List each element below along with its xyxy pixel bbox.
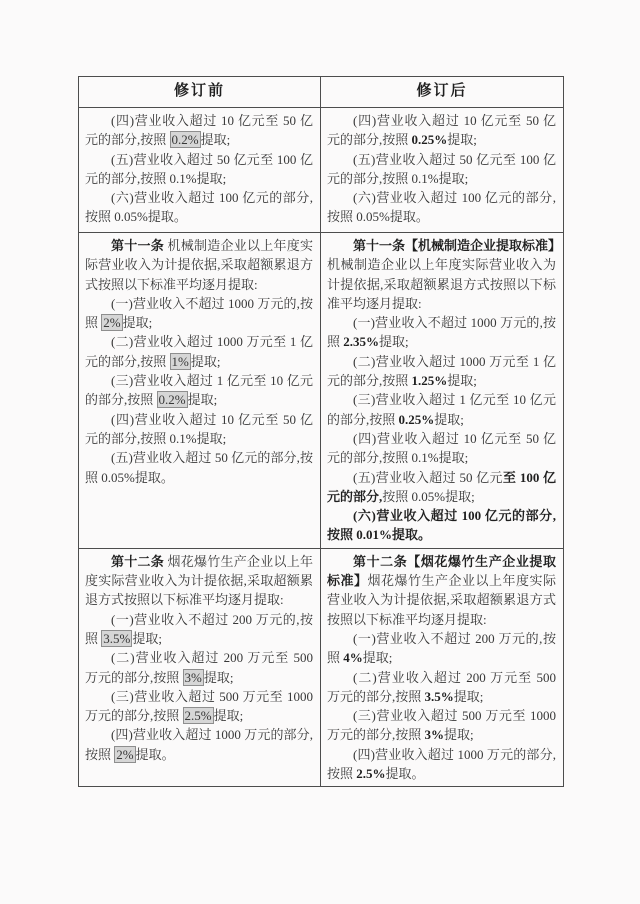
revised-bold-text: (六)营业收入超过 100 亿元的部分,按照 0.01%提取。 <box>327 508 556 542</box>
cell-after: (四)营业收入超过 10 亿元至 50 亿元的部分,按照 0.25%提取;(五)… <box>321 108 564 233</box>
text-run: 提取; <box>214 708 244 723</box>
paragraph: (一)营业收入不超过 1000 万元的,按照 2.35%提取; <box>327 313 556 352</box>
paragraph: 第十二条【烟花爆竹生产企业提取标准】烟花爆竹生产企业以上年度实际营业收入为计提依… <box>327 552 556 629</box>
revision-comparison-table: 修订前 修订后 (四)营业收入超过 10 亿元至 50 亿元的部分,按照 0.2… <box>78 76 564 787</box>
highlighted-value: 2% <box>101 314 122 331</box>
paragraph: 第十一条 机械制造企业以上年度实际营业收入为计提依据,采取超额累退方式按照以下标… <box>85 236 313 294</box>
comparison-table-body: (四)营业收入超过 10 亿元至 50 亿元的部分,按照 0.2%提取;(五)营… <box>79 108 564 787</box>
paragraph: 第十一条【机械制造企业提取标准】机械制造企业以上年度实际营业收入为计提依据,采取… <box>327 236 556 313</box>
paragraph: (四)营业收入超过 10 亿元至 50 亿元的部分,按照 0.1%提取; <box>327 429 556 468</box>
paragraph: (四)营业收入超过 10 亿元至 50 亿元的部分,按照 0.1%提取; <box>85 410 313 449</box>
text-run: 提取。 <box>386 766 425 781</box>
highlighted-value: 2.5% <box>183 707 214 724</box>
text-run: 提取; <box>379 334 409 349</box>
paragraph: (三)营业收入超过 1 亿元至 10 亿元的部分,按照 0.2%提取; <box>85 371 313 410</box>
highlighted-value: 2% <box>114 746 135 763</box>
text-run: 提取; <box>363 650 393 665</box>
cell-before: (四)营业收入超过 10 亿元至 50 亿元的部分,按照 0.2%提取;(五)营… <box>79 108 321 233</box>
revised-bold-text: 3% <box>425 727 445 742</box>
text-run: 提取; <box>447 373 477 388</box>
text-run: (五)营业收入超过 50 亿元至 100 亿元的部分,按照 0.1%提取; <box>85 152 313 186</box>
revised-bold-text: 1.25% <box>412 373 448 388</box>
cell-before: 第十一条 机械制造企业以上年度实际营业收入为计提依据,采取超额累退方式按照以下标… <box>79 233 321 549</box>
paragraph: (五)营业收入超过 50 亿元至 100 亿元的部分,按照 0.05%提取; <box>327 468 556 507</box>
table-header: 修订前 修订后 <box>79 77 564 108</box>
text-run: (五)营业收入超过 50 亿元 <box>353 470 503 485</box>
table-row: 第十一条 机械制造企业以上年度实际营业收入为计提依据,采取超额累退方式按照以下标… <box>79 233 564 549</box>
paragraph: (五)营业收入超过 50 亿元至 100 亿元的部分,按照 0.1%提取; <box>327 150 556 189</box>
text-run: 提取; <box>204 670 234 685</box>
text-run: (四)营业收入超过 10 亿元至 50 亿元的部分,按照 0.1%提取; <box>85 412 313 446</box>
highlighted-value: 0.2% <box>157 391 188 408</box>
column-header-before: 修订前 <box>79 77 321 108</box>
revised-bold-text: 第十二条 <box>111 554 164 569</box>
paragraph: (四)营业收入超过 1000 万元的部分,按照 2.5%提取。 <box>327 745 556 784</box>
text-run: (五)营业收入超过 50 亿元至 100 亿元的部分,按照 0.1%提取; <box>327 152 556 186</box>
text-run: 机械制造企业以上年度实际营业收入为计提依据,采取超额累退方式按照以下标准平均逐月… <box>327 257 556 311</box>
revised-bold-text: 2.35% <box>343 334 379 349</box>
cell-after: 第十二条【烟花爆竹生产企业提取标准】烟花爆竹生产企业以上年度实际营业收入为计提依… <box>321 548 564 787</box>
text-run: 提取; <box>191 354 221 369</box>
cell-after: 第十一条【机械制造企业提取标准】机械制造企业以上年度实际营业收入为计提依据,采取… <box>321 233 564 549</box>
revised-bold-text: 2.5% <box>356 766 385 781</box>
paragraph: (四)营业收入超过 10 亿元至 50 亿元的部分,按照 0.2%提取; <box>85 111 313 150</box>
paragraph: (四)营业收入超过 1000 万元的部分,按照 2%提取。 <box>85 725 313 764</box>
paragraph: (五)营业收入超过 50 亿元的部分,按照 0.05%提取。 <box>85 448 313 487</box>
text-run: 提取; <box>188 392 218 407</box>
cell-before: 第十二条 烟花爆竹生产企业以上年度实际营业收入为计提依据,采取超额累退方式按照以… <box>79 548 321 787</box>
paragraph: (六)营业收入超过 100 亿元的部分,按照 0.05%提取。 <box>327 188 556 227</box>
paragraph: (一)营业收入不超过 200 万元的,按照 3.5%提取; <box>85 610 313 649</box>
text-run: 提取; <box>454 689 484 704</box>
paragraph: (四)营业收入超过 10 亿元至 50 亿元的部分,按照 0.25%提取; <box>327 111 556 150</box>
text-run: (六)营业收入超过 100 亿元的部分,按照 0.05%提取。 <box>85 190 313 224</box>
paragraph: 第十二条 烟花爆竹生产企业以上年度实际营业收入为计提依据,采取超额累退方式按照以… <box>85 552 313 610</box>
paragraph: (二)营业收入超过 1000 万元至 1 亿元的部分,按照 1%提取; <box>85 332 313 371</box>
text-run: 提取; <box>123 315 153 330</box>
revised-bold-text: 0.25% <box>399 412 435 427</box>
paragraph: (一)营业收入不超过 1000 万元的,按照 2%提取; <box>85 294 313 333</box>
text-run: (五)营业收入超过 50 亿元的部分,按照 0.05%提取。 <box>85 450 313 484</box>
table-row: 第十二条 烟花爆竹生产企业以上年度实际营业收入为计提依据,采取超额累退方式按照以… <box>79 548 564 787</box>
highlighted-value: 3% <box>183 669 204 686</box>
header-row: 修订前 修订后 <box>79 77 564 108</box>
highlighted-value: 1% <box>170 353 191 370</box>
text-run: 提取; <box>447 132 477 147</box>
text-run: (六)营业收入超过 100 亿元的部分,按照 0.05%提取。 <box>327 190 556 224</box>
paragraph: (三)营业收入超过 500 万元至 1000 万元的部分,按照 2.5%提取; <box>85 687 313 726</box>
highlighted-value: 3.5% <box>101 630 132 647</box>
text-run: 提取; <box>201 132 231 147</box>
text-run: 提取; <box>132 631 162 646</box>
paragraph: (六)营业收入超过 100 亿元的部分,按照 0.01%提取。 <box>327 506 556 545</box>
text-run: 按照 0.05%提取; <box>382 489 474 504</box>
paragraph: (五)营业收入超过 50 亿元至 100 亿元的部分,按照 0.1%提取; <box>85 150 313 189</box>
column-header-after: 修订后 <box>321 77 564 108</box>
paragraph: (六)营业收入超过 100 亿元的部分,按照 0.05%提取。 <box>85 188 313 227</box>
highlighted-value: 0.2% <box>170 131 201 148</box>
text-run: (四)营业收入超过 10 亿元至 50 亿元的部分,按照 0.1%提取; <box>327 431 556 465</box>
text-run: 提取; <box>444 727 474 742</box>
revised-bold-text: 第十一条【机械制造企业提取标准】 <box>353 238 561 253</box>
paragraph: (三)营业收入超过 500 万元至 1000 万元的部分,按照 3%提取; <box>327 706 556 745</box>
revised-bold-text: 3.5% <box>425 689 454 704</box>
revised-bold-text: 第十一条 <box>111 238 164 253</box>
paragraph: (三)营业收入超过 1 亿元至 10 亿元的部分,按照 0.25%提取; <box>327 390 556 429</box>
revised-bold-text: 0.25% <box>412 132 448 147</box>
scanned-document-page: 修订前 修订后 (四)营业收入超过 10 亿元至 50 亿元的部分,按照 0.2… <box>0 0 640 904</box>
text-run: 提取; <box>434 412 464 427</box>
paragraph: (二)营业收入超过 200 万元至 500 万元的部分,按照 3.5%提取; <box>327 668 556 707</box>
table-row: (四)营业收入超过 10 亿元至 50 亿元的部分,按照 0.2%提取;(五)营… <box>79 108 564 233</box>
revised-bold-text: 4% <box>343 650 363 665</box>
paragraph: (二)营业收入超过 200 万元至 500 万元的部分,按照 3%提取; <box>85 648 313 687</box>
paragraph: (一)营业收入不超过 200 万元的,按照 4%提取; <box>327 629 556 668</box>
paragraph: (二)营业收入超过 1000 万元至 1 亿元的部分,按照 1.25%提取; <box>327 352 556 391</box>
text-run: 提取。 <box>136 747 175 762</box>
